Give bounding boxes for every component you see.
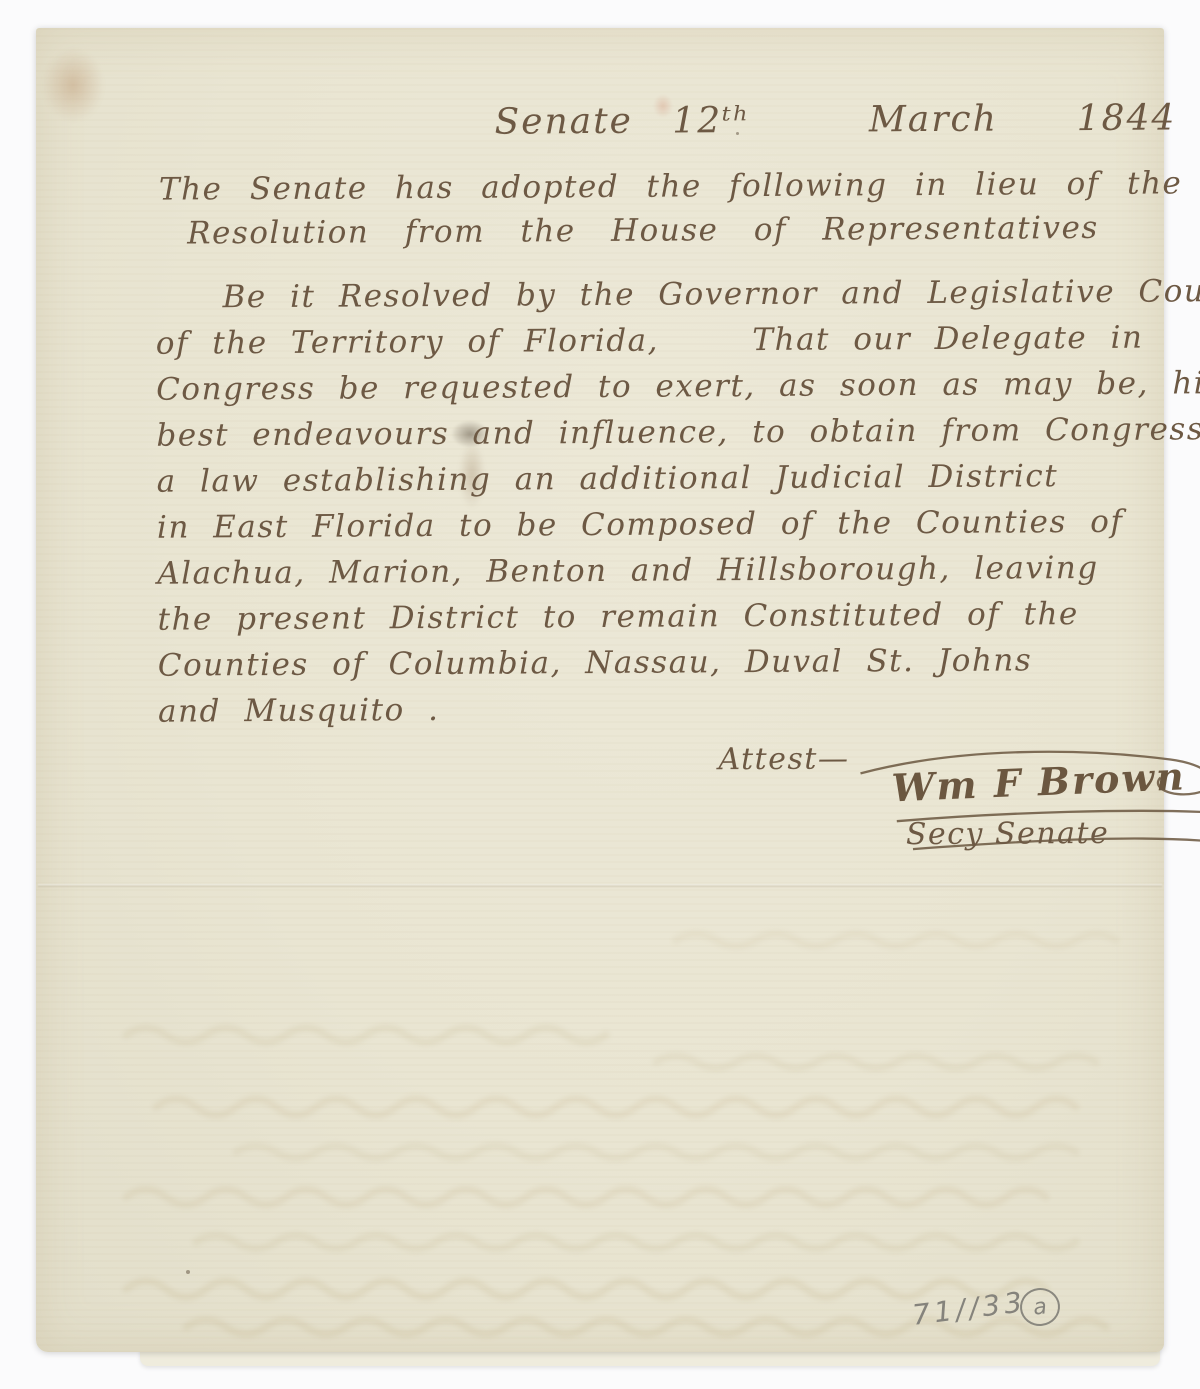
scanned-document-view: Senate 12ᵗʰ March 1844 The Senate has ad… xyxy=(0,0,1200,1389)
body-line: in East Florida to be Composed of the Co… xyxy=(157,507,1124,544)
dateline: Senate 12ᵗʰ March 1844 xyxy=(494,100,1176,140)
body-line: Alachua, Marion, Benton and Hillsborough… xyxy=(157,553,1099,590)
body-line: Congress be requested to exert, as soon … xyxy=(156,368,1200,406)
body-line: a law establishing an additional Judicia… xyxy=(157,461,1059,498)
body-line: the present District to remain Constitut… xyxy=(157,599,1078,636)
signature: Wm F Brown xyxy=(891,757,1186,807)
body-line: Counties of Columbia, Nassau, Duval St. … xyxy=(158,645,1033,681)
signature-flourish xyxy=(820,731,1200,884)
body-line: best endeavours and influence, to obtain… xyxy=(156,414,1200,451)
intro-line: The Senate has adopted the following in … xyxy=(159,168,1183,205)
body-line: Be it Resolved by the Governor and Legis… xyxy=(223,276,1200,313)
signature-title: Secy Senate xyxy=(906,819,1110,850)
manuscript-text: Senate 12ᵗʰ March 1844 The Senate has ad… xyxy=(32,25,1168,1356)
paper-sheet: Senate 12ᵗʰ March 1844 The Senate has ad… xyxy=(36,28,1164,1352)
intro-line: Resolution from the House of Representat… xyxy=(187,213,1099,250)
body-line: of the Territory of Florida, That our De… xyxy=(156,323,1144,360)
body-line: and Musquito . xyxy=(158,695,440,728)
